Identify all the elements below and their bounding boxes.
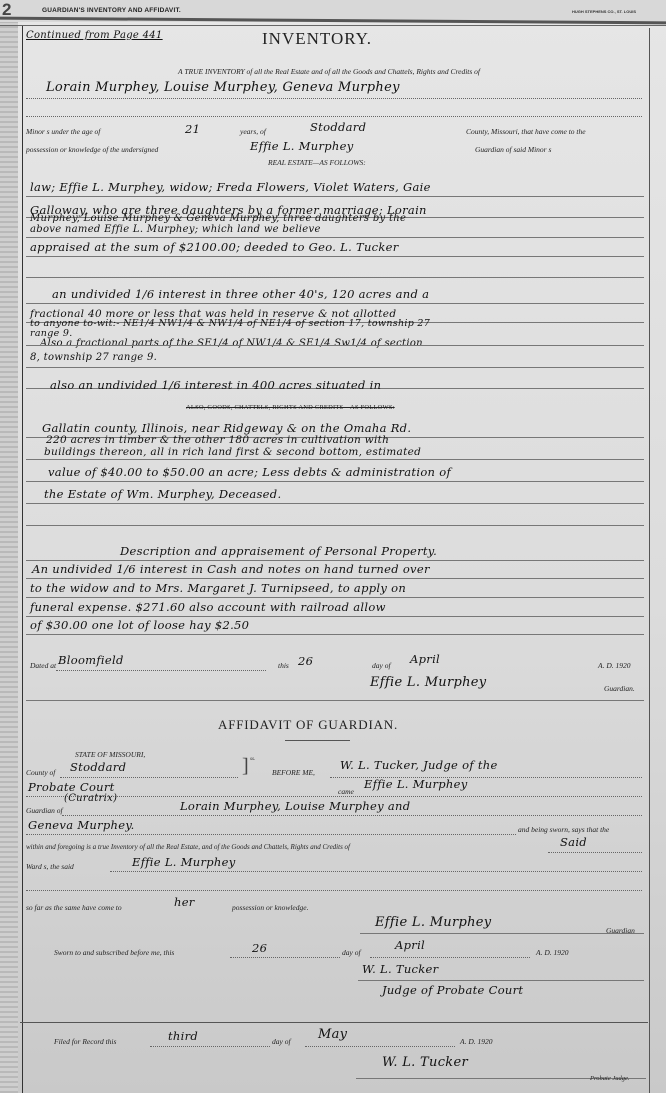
continued-note: Continued from Page 441: [26, 30, 163, 41]
minor-label: Minor s under the age of: [26, 127, 100, 136]
dotted-line: [150, 1046, 270, 1047]
ward-named: Effie L. Murphey: [132, 855, 236, 869]
goods-line: value of $40.00 to $50.00 an acre; Less …: [48, 465, 451, 479]
personal-property-line: An undivided 1/6 interest in Cash and no…: [32, 562, 430, 576]
dotted-line: [56, 670, 266, 671]
judge-title: Judge of Probate Court: [382, 983, 523, 997]
dotted-line: [26, 890, 642, 891]
filing-judge-signature: W. L. Tucker: [382, 1055, 468, 1070]
ruled-line: [26, 597, 644, 598]
affiant-name: Effie L. Murphey: [364, 777, 468, 791]
credits-of-value: Said: [560, 835, 587, 849]
goods-line: buildings thereon, all in rich land firs…: [44, 446, 421, 458]
age-value: 21: [185, 122, 200, 136]
inventory-intro: A TRUE INVENTORY of all the Real Estate …: [178, 67, 480, 76]
personal-property-line: of $30.00 one lot of loose hay $2.50: [30, 618, 249, 632]
ruled-line: [26, 481, 644, 482]
signature-line: [360, 933, 644, 934]
goods-line: 220 acres in timber & the other 180 acre…: [46, 434, 389, 446]
document-page: 2 GUARDIAN'S INVENTORY AND AFFIDAVIT. HU…: [0, 0, 666, 1093]
years-of-label: years, of: [240, 127, 266, 136]
ruled-line: [26, 196, 644, 197]
ward-label: Ward s, the said: [26, 862, 74, 871]
dated-place: Bloomfield: [58, 653, 124, 667]
ss-label: ss.: [250, 757, 255, 762]
affidavit-signature-role: Guardian: [606, 926, 635, 935]
ruled-line: [26, 525, 644, 526]
wards-names: Lorain Murphey, Louise Murphey and: [180, 799, 410, 813]
sworn-day: 26: [252, 941, 267, 955]
section-rule: [20, 1022, 648, 1023]
ruled-line: [26, 367, 644, 368]
filing-judge-role: Probate Judge.: [590, 1075, 629, 1082]
filed-label: Filed for Record this: [54, 1037, 116, 1046]
real-estate-line: Murphey, Louise Murphey & Geneva Murphey…: [30, 213, 406, 224]
names-line-2: [26, 116, 642, 117]
possession-label: possession or knowledge of the undersign…: [26, 145, 158, 154]
ruled-line: [26, 277, 644, 278]
affidavit-signature: Effie L. Murphey: [375, 915, 491, 930]
sworn-month: April: [395, 938, 425, 952]
officer-name: W. L. Tucker, Judge of the: [340, 758, 498, 772]
county-of-label: County of: [26, 768, 55, 777]
ruled-line: [26, 303, 644, 304]
signature-line: [358, 980, 644, 981]
judge-signature: W. L. Tucker: [362, 962, 438, 976]
came-label: came: [338, 787, 354, 796]
this-label: this: [278, 661, 289, 670]
filed-year: A. D. 1920: [460, 1037, 493, 1046]
within-label: within and foregoing is a true Inventory…: [26, 843, 350, 851]
ruled-line: [26, 237, 644, 238]
dotted-line: [230, 957, 340, 958]
inventory-title: INVENTORY.: [262, 29, 372, 49]
binding-edge: [0, 0, 18, 1093]
guardian-name: Effie L. Murphey: [250, 139, 354, 153]
dotted-line: [60, 777, 238, 778]
dotted-line: [548, 852, 642, 853]
sworn-year: A. D. 1920: [536, 948, 569, 957]
before-me-label: BEFORE ME,: [272, 768, 315, 777]
real-estate-line: to anyone to-wit:- NE1/4 NW1/4 & NW1/4 o…: [30, 318, 430, 329]
goods-line: Gallatin county, Illinois, near Ridgeway…: [42, 421, 411, 435]
filed-day-of-label: day of: [272, 1037, 291, 1046]
real-estate-line: 8, township 27 range 9.: [30, 352, 157, 363]
frame-right-border: [649, 28, 650, 1093]
real-estate-line: an undivided 1/6 interest in three other…: [52, 287, 429, 301]
real-estate-line: above named Effie L. Murphey; which land…: [30, 224, 321, 235]
filed-month: May: [318, 1027, 347, 1042]
ruled-line: [26, 700, 644, 701]
dated-month: April: [410, 652, 440, 666]
state-label: STATE OF MISSOURI,: [75, 750, 145, 759]
real-estate-line: Also a fractional parts of the SE1/4 of …: [40, 338, 423, 349]
county-label: County, Missouri, that have come to the: [466, 127, 586, 136]
frame-left-border: [22, 26, 23, 1093]
ruled-line: [26, 578, 644, 579]
affidavit-title: AFFIDAVIT OF GUARDIAN.: [218, 717, 398, 733]
county-value: Stoddard: [310, 120, 366, 134]
dated-label: Dated at: [30, 661, 56, 670]
header-rule-thin: [0, 25, 666, 26]
pronoun-value: her: [174, 895, 195, 909]
dotted-line: [110, 871, 642, 872]
sworn-before-label: Sworn to and subscribed before me, this: [54, 948, 174, 957]
day-of-label: day of: [372, 661, 391, 670]
bracket: ]: [242, 755, 249, 778]
dotted-line: [26, 796, 642, 797]
wards-names-cont: Geneva Murphey.: [28, 818, 135, 832]
guardian-label: Guardian of said Minor s: [475, 145, 551, 154]
possession-knowledge-label: possession or knowledge.: [232, 903, 308, 912]
guardian-of-label: Guardian of: [26, 806, 63, 815]
sworn-label: and being sworn, says that the: [518, 825, 609, 834]
ruled-line: [26, 634, 644, 635]
personal-property-line: to the widow and to Mrs. Margaret J. Tur…: [30, 581, 406, 595]
guardian-type: (Curatrix): [64, 793, 117, 804]
dotted-line: [305, 1046, 455, 1047]
real-estate-line: also an undivided 1/6 interest in 400 ac…: [50, 378, 381, 392]
ruled-line: [26, 459, 644, 460]
dotted-line: [26, 834, 516, 835]
ruled-line: [26, 616, 644, 617]
affidavit-county: Stoddard: [70, 760, 126, 774]
signature-role: Guardian.: [604, 684, 635, 693]
ruled-line: [26, 345, 644, 346]
goods-line: the Estate of Wm. Murphey, Deceased.: [44, 487, 281, 501]
inventory-signature: Effie L. Murphey: [370, 675, 486, 690]
real-estate-line: appraised at the sum of $2100.00; deeded…: [30, 240, 399, 254]
officer-court: Probate Court: [28, 780, 115, 794]
so-far-label: so far as the same have come to: [26, 903, 122, 912]
personal-property-line: funeral expense. $271.60 also account wi…: [30, 600, 386, 614]
sworn-day-of-label: day of: [342, 948, 361, 957]
ruled-line: [26, 560, 644, 561]
names-line: [26, 98, 642, 99]
minors-names: Lorain Murphey, Louise Murphey, Geneva M…: [46, 80, 400, 95]
dated-year: A. D. 1920: [598, 661, 631, 670]
filed-day: third: [168, 1029, 198, 1043]
dotted-line: [62, 815, 642, 816]
form-title: GUARDIAN'S INVENTORY AND AFFIDAVIT.: [42, 7, 181, 14]
ruled-line: [26, 256, 644, 257]
ruled-line: [26, 503, 644, 504]
real-estate-heading: REAL ESTATE—AS FOLLOWS:: [268, 158, 366, 167]
goods-heading-struck: ALSO, GOODS, CHATTELS, RIGHTS AND CREDIT…: [186, 404, 395, 411]
personal-property-line: Description and appraisement of Personal…: [120, 544, 437, 558]
title-rule: [285, 740, 350, 741]
real-estate-line: law; Effie L. Murphey, widow; Freda Flow…: [30, 180, 431, 194]
dotted-line: [370, 957, 530, 958]
dated-day: 26: [298, 654, 313, 668]
printer-mark: HUGH STEPHENS CO., ST. LOUIS: [572, 9, 636, 14]
